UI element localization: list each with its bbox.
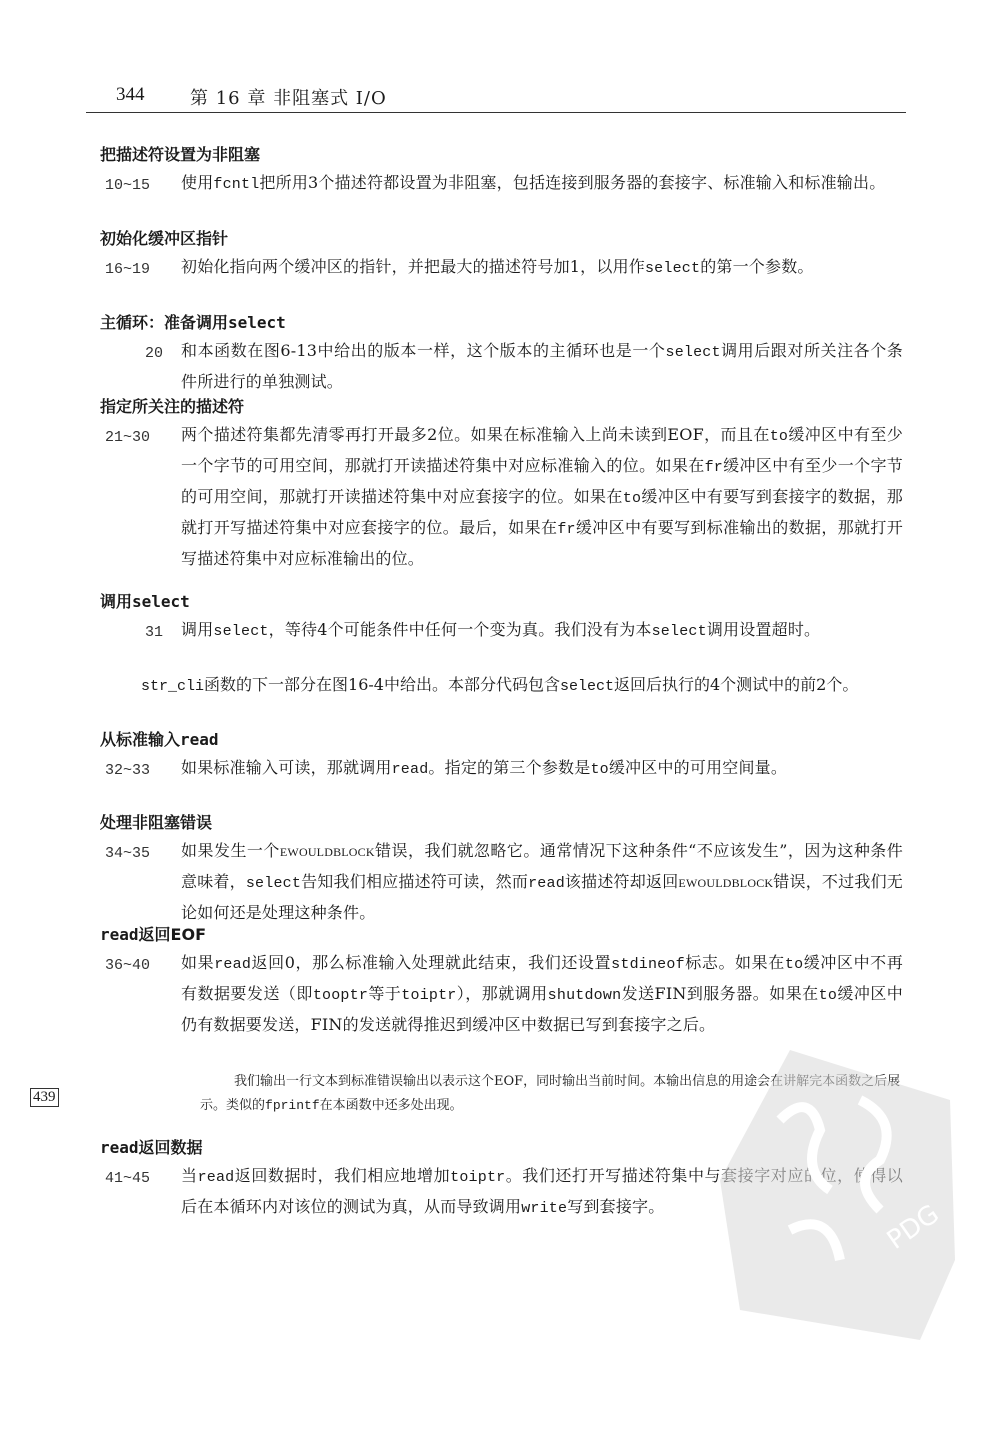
section-heading: 把描述符设置为非阻塞	[100, 142, 260, 165]
section-heading: 主循环：准备调用select	[100, 310, 286, 333]
section-heading: read返回数据	[100, 1135, 203, 1158]
page-number: 344	[116, 84, 145, 106]
line-range: 34~35	[105, 845, 150, 862]
section-body: 和本函数在图6-13中给出的版本一样，这个版本的主循环也是一个select调用后…	[181, 336, 903, 396]
line-range: 32~33	[105, 762, 150, 779]
margin-page-reference: 439	[30, 1088, 59, 1107]
line-range: 20	[145, 345, 163, 362]
line-range: 36~40	[105, 957, 150, 974]
section-heading: 指定所关注的描述符	[100, 394, 244, 417]
line-range: 16~19	[105, 261, 150, 278]
section-body: 两个描述符集都先清零再打开最多2位。如果在标准输入上尚未读到EOF，而且在to缓…	[181, 420, 903, 573]
section-body: 使用fcntl把所用3个描述符都设置为非阻塞，包括连接到服务器的套接字、标准输入…	[181, 168, 903, 199]
section-heading: 从标准输入read	[100, 727, 219, 750]
body-paragraph: str_cli函数的下一部分在图16-4中给出。本部分代码包含select返回后…	[88, 670, 903, 701]
section-heading: read返回EOF	[100, 922, 206, 945]
line-range: 31	[145, 624, 163, 641]
line-range: 41~45	[105, 1170, 150, 1187]
section-body: 如果发生一个EWOULDBLOCK错误，我们就忽略它。通常情况下这种条件“不应该…	[181, 836, 903, 927]
page-header: 344 第 16 章 非阻塞式 I/O	[86, 80, 906, 113]
line-range: 10~15	[105, 177, 150, 194]
section-body: 如果read返回0，那么标准输入处理就此结束，我们还设置stdineof标志。如…	[181, 948, 903, 1039]
watermark-seal-icon: PDG	[720, 1040, 960, 1340]
section-body: 如果标准输入可读，那就调用read。指定的第三个参数是to缓冲区中的可用空间量。	[181, 753, 903, 784]
line-range: 21~30	[105, 429, 150, 446]
section-heading: 调用select	[100, 589, 190, 612]
chapter-title: 第 16 章 非阻塞式 I/O	[190, 84, 387, 110]
section-body: 初始化指向两个缓冲区的指针，并把最大的描述符号加1，以用作select的第一个参…	[181, 252, 903, 283]
section-heading: 处理非阻塞错误	[100, 810, 212, 833]
section-body: 调用select，等待4个可能条件中任何一个变为真。我们没有为本select调用…	[181, 615, 903, 646]
section-heading: 初始化缓冲区指针	[100, 226, 228, 249]
